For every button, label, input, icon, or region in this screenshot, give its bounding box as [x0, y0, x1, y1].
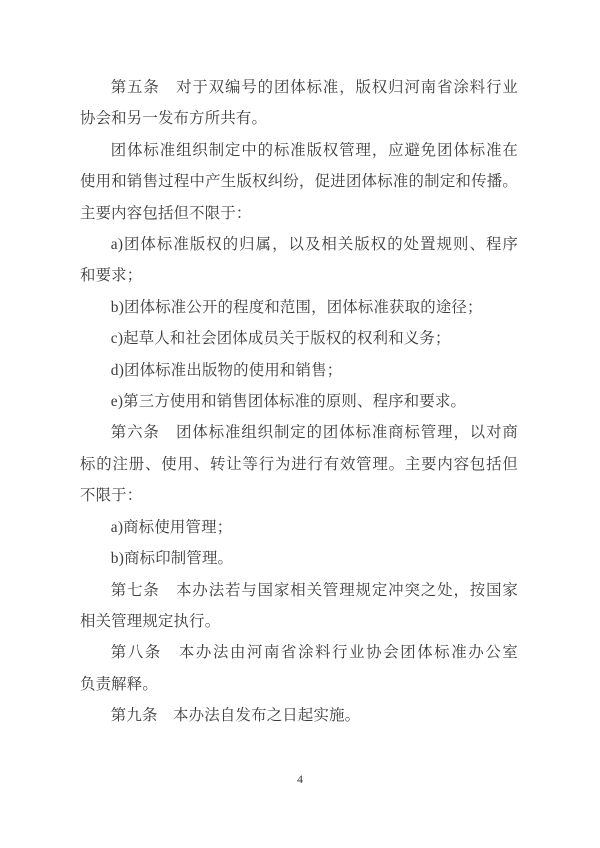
paragraph-article-5-copyright-management: 团体标准组织制定中的标准版权管理，应避免团体标准在使用和销售过程中产生版权纠纷，… — [80, 135, 518, 229]
paragraph-article-9: 第九条 本办法自发布之日起实施。 — [80, 700, 518, 731]
text-line: 第七条 本办法若与国家相关管理规定冲突之处，按国家 — [80, 575, 518, 606]
paragraph-item-a-copyright: a)团体标准版权的归属，以及相关版权的处置规则、程序和要求； — [80, 229, 518, 292]
paragraph-item-e-copyright: e)第三方使用和销售团体标准的原则、程序和要求。 — [80, 386, 518, 417]
text-line: 主要内容包括但不限于： — [80, 198, 518, 229]
text-line: 不限于： — [80, 480, 518, 511]
page-footer: 4 — [0, 770, 600, 788]
text-line: 第五条 对于双编号的团体标准，版权归河南省涂料行业 — [80, 72, 518, 103]
paragraph-item-b-copyright: b)团体标准公开的程度和范围，团体标准获取的途径； — [80, 292, 518, 323]
text-line: c)起草人和社会团体成员关于版权的权利和义务； — [80, 323, 518, 354]
text-line: b)商标印制管理。 — [80, 543, 518, 574]
paragraph-item-c-copyright: c)起草人和社会团体成员关于版权的权利和义务； — [80, 323, 518, 354]
text-line: 第九条 本办法自发布之日起实施。 — [80, 700, 518, 731]
text-line: b)团体标准公开的程度和范围，团体标准获取的途径； — [80, 292, 518, 323]
text-line: 团体标准组织制定中的标准版权管理，应避免团体标准在 — [80, 135, 518, 166]
text-line: a)团体标准版权的归属，以及相关版权的处置规则、程序 — [80, 229, 518, 260]
text-line: 第六条 团体标准组织制定的团体标准商标管理，以对商 — [80, 417, 518, 448]
paragraph-item-d-copyright: d)团体标准出版物的使用和销售； — [80, 355, 518, 386]
paragraph-article-6: 第六条 团体标准组织制定的团体标准商标管理，以对商标的注册、使用、转让等行为进行… — [80, 417, 518, 511]
paragraph-article-5: 第五条 对于双编号的团体标准，版权归河南省涂料行业协会和另一发布方所共有。 — [80, 72, 518, 135]
document-page: 第五条 对于双编号的团体标准，版权归河南省涂料行业协会和另一发布方所共有。团体标… — [0, 0, 600, 848]
paragraph-article-7: 第七条 本办法若与国家相关管理规定冲突之处，按国家相关管理规定执行。 — [80, 575, 518, 638]
paragraph-item-a-trademark: a)商标使用管理； — [80, 512, 518, 543]
text-line: 和要求； — [80, 260, 518, 291]
text-line: a)商标使用管理； — [80, 512, 518, 543]
document-body: 第五条 对于双编号的团体标准，版权归河南省涂料行业协会和另一发布方所共有。团体标… — [80, 72, 518, 732]
paragraph-article-8: 第八条 本办法由河南省涂料行业协会团体标准办公室负责解释。 — [80, 637, 518, 700]
text-line: 协会和另一发布方所共有。 — [80, 103, 518, 134]
text-line: d)团体标准出版物的使用和销售； — [80, 355, 518, 386]
page-number: 4 — [297, 772, 303, 786]
text-line: e)第三方使用和销售团体标准的原则、程序和要求。 — [80, 386, 518, 417]
text-line: 标的注册、使用、转让等行为进行有效管理。主要内容包括但 — [80, 449, 518, 480]
text-line: 负责解释。 — [80, 669, 518, 700]
text-line: 使用和销售过程中产生版权纠纷，促进团体标准的制定和传播。 — [80, 166, 518, 197]
text-line: 相关管理规定执行。 — [80, 606, 518, 637]
text-line: 第八条 本办法由河南省涂料行业协会团体标准办公室 — [80, 637, 518, 668]
paragraph-item-b-trademark: b)商标印制管理。 — [80, 543, 518, 574]
